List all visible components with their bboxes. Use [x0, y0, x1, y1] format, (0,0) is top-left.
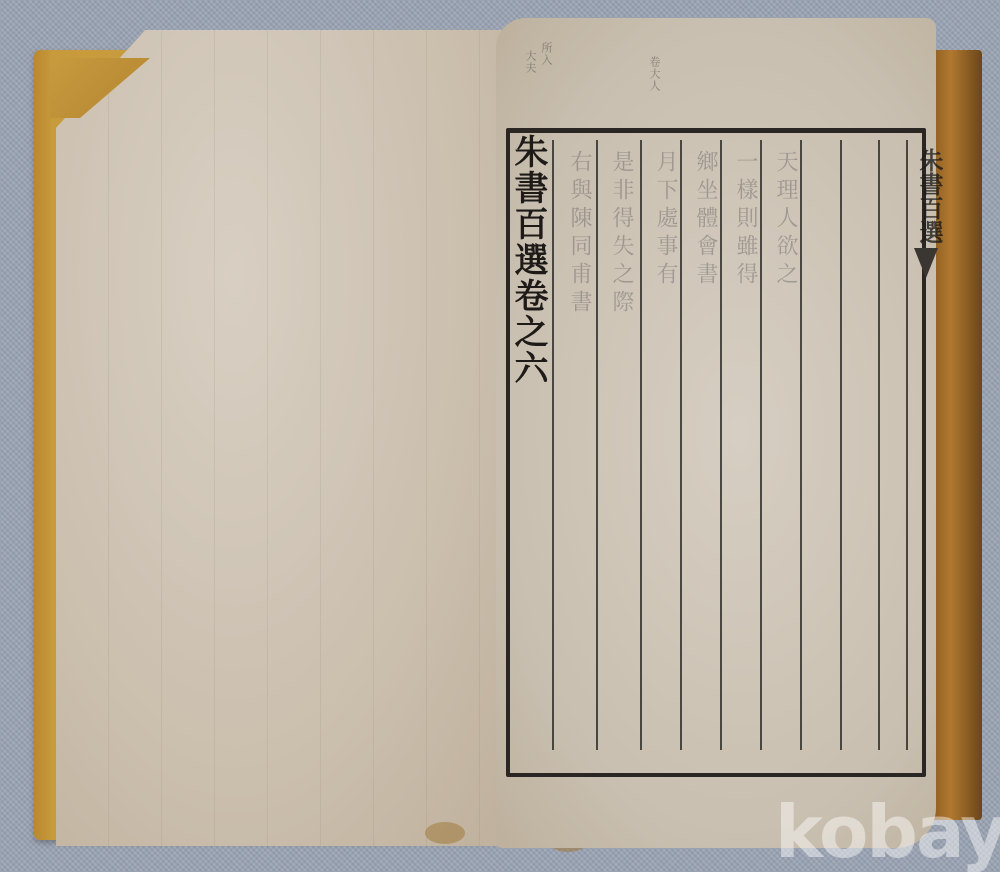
marginal-notes: 所入 — [538, 42, 554, 66]
column-rule — [596, 140, 598, 750]
marginal-notes: 大夫 — [522, 50, 538, 74]
faded-text-column: 是非得失之際 — [606, 150, 637, 318]
marginal-notes: 卷大人 — [646, 56, 662, 92]
column-rule — [878, 140, 880, 750]
faded-text-column: 天理人欲之 — [770, 150, 801, 290]
volume-title: 朱書百選卷之六 — [513, 134, 553, 386]
column-rule — [906, 140, 908, 750]
column-rule — [640, 140, 642, 750]
stain — [425, 822, 465, 844]
fore-edge-title: 朱書百選 — [912, 148, 947, 244]
photo-scene: 所入 大夫 卷大人 朱書百選卷之六 右與陳同甫書 是非得失之際 月下處事有 鄉坐… — [0, 0, 1000, 872]
faded-text-column: 右與陳同甫書 — [564, 150, 595, 318]
blank-left-page — [56, 30, 502, 846]
faded-text-column: 月下處事有 — [650, 150, 681, 290]
faded-text-column: 一樣則雖得 — [730, 150, 761, 290]
column-rule — [840, 140, 842, 750]
faded-text-column: 鄉坐體會書 — [690, 150, 721, 290]
watermark-logo: kobay — [775, 790, 1000, 872]
